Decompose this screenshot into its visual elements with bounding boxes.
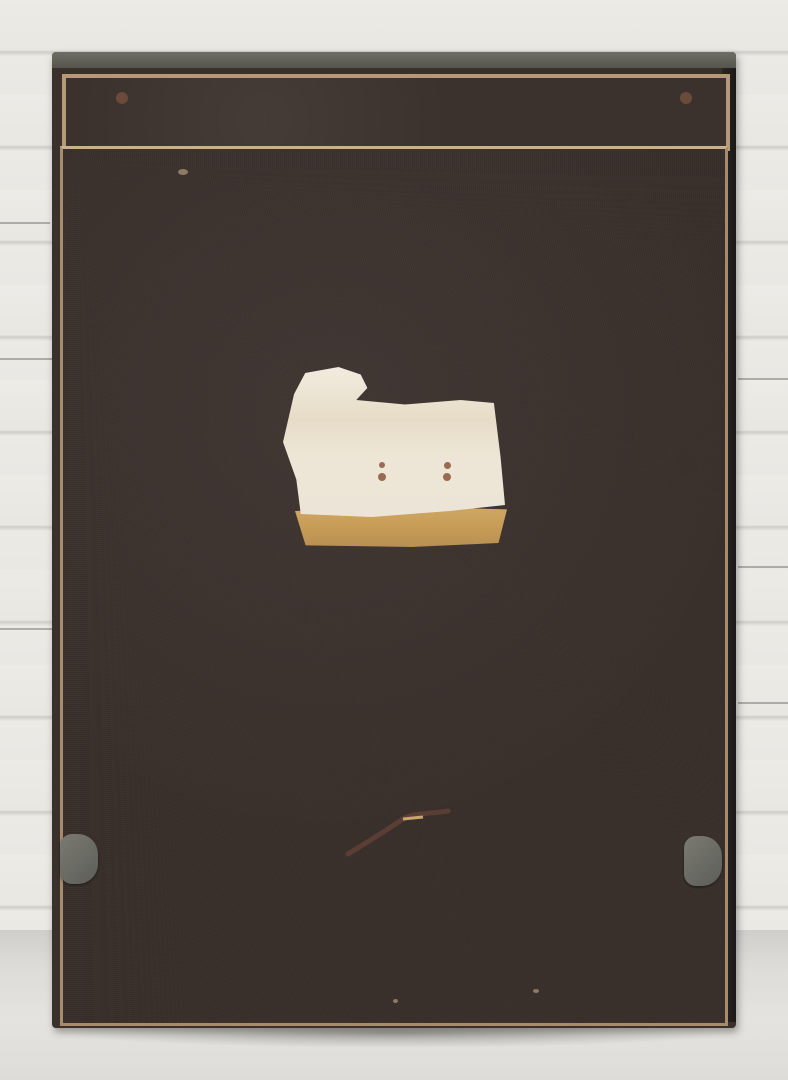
wall-crack xyxy=(738,566,788,568)
scuff-mark xyxy=(178,169,188,175)
rust-dot xyxy=(443,473,451,481)
rust-dot xyxy=(379,462,385,468)
rust-dot xyxy=(378,473,386,481)
scuff-mark xyxy=(393,999,398,1003)
camera-case xyxy=(52,52,736,1028)
leather-back-cover xyxy=(60,146,728,1026)
metal-corner-clip-left xyxy=(60,834,98,884)
wall-crack xyxy=(0,222,50,224)
label-paper xyxy=(283,367,505,517)
rivet-icon xyxy=(680,92,692,104)
top-leather-band xyxy=(62,74,730,151)
wall-crack xyxy=(738,378,788,380)
rust-dot xyxy=(444,462,451,469)
loose-thread xyxy=(343,799,453,859)
wall-crack xyxy=(0,358,55,360)
wall-crack xyxy=(738,702,788,704)
torn-paper-label xyxy=(283,367,508,557)
wall-crack xyxy=(0,628,55,630)
metal-top-rail xyxy=(52,52,736,68)
scuff-mark xyxy=(533,989,539,993)
metal-corner-clip-right xyxy=(684,836,722,886)
rivet-icon xyxy=(116,92,128,104)
